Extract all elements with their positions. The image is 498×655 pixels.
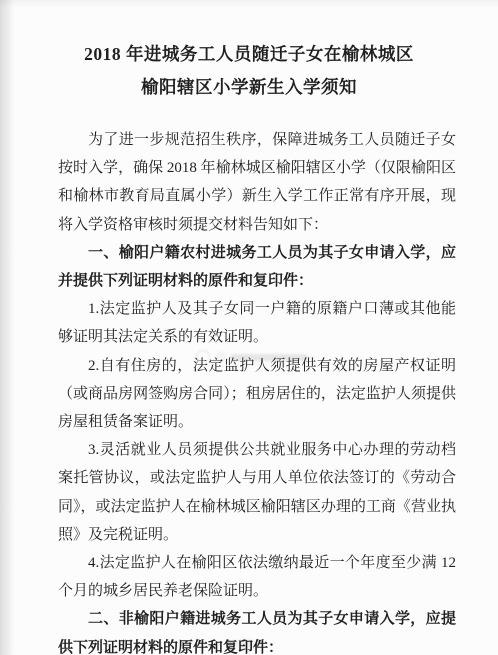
scan-edge-shadow-top [0, 0, 498, 8]
document-page: 2018 年进城务工人员随迁子女在榆林城区 榆阳辖区小学新生入学须知 为了进一步… [0, 0, 498, 655]
section-1-item-1: 1.法定监护人及其子女同一户籍的原籍户口薄或其他能够证明其法定关系的有效证明。 [58, 295, 456, 351]
title-line-2: 榆阳辖区小学新生入学须知 [30, 71, 468, 104]
section-1-item-3: 3.灵活就业人员须提供公共就业服务中心办理的劳动档案托管协议，或法定监护人与用人… [58, 436, 456, 549]
title-line-1: 2018 年进城务工人员随迁子女在榆林城区 [30, 38, 468, 71]
section-1-item-2: 2.自有住房的，法定监护人须提供有效的房屋产权证明（或商品房网签购房合同）；租房… [58, 352, 456, 437]
document-title: 2018 年进城务工人员随迁子女在榆林城区 榆阳辖区小学新生入学须知 [30, 38, 468, 104]
document-body: 为了进一步规范招生秩序，保障进城务工人员随迁子女按时入学，确保 2018 年榆林… [58, 126, 456, 655]
intro-paragraph: 为了进一步规范招生秩序，保障进城务工人员随迁子女按时入学，确保 2018 年榆林… [58, 126, 456, 239]
section-1-heading: 一、榆阳户籍农村进城务工人员为其子女申请入学，应并提供下列证明材料的原件和复印件… [58, 239, 456, 295]
section-1-item-4: 4.法定监护人在榆阳区依法缴纳最近一个年度至少满 12 个月的城乡居民养老保险证… [58, 549, 456, 605]
scan-edge-shadow-left [0, 0, 16, 655]
section-2-heading: 二、非榆阳户籍进城务工人员为其子女申请入学，应提供下列证明材料的原件和复印件： [58, 605, 456, 655]
